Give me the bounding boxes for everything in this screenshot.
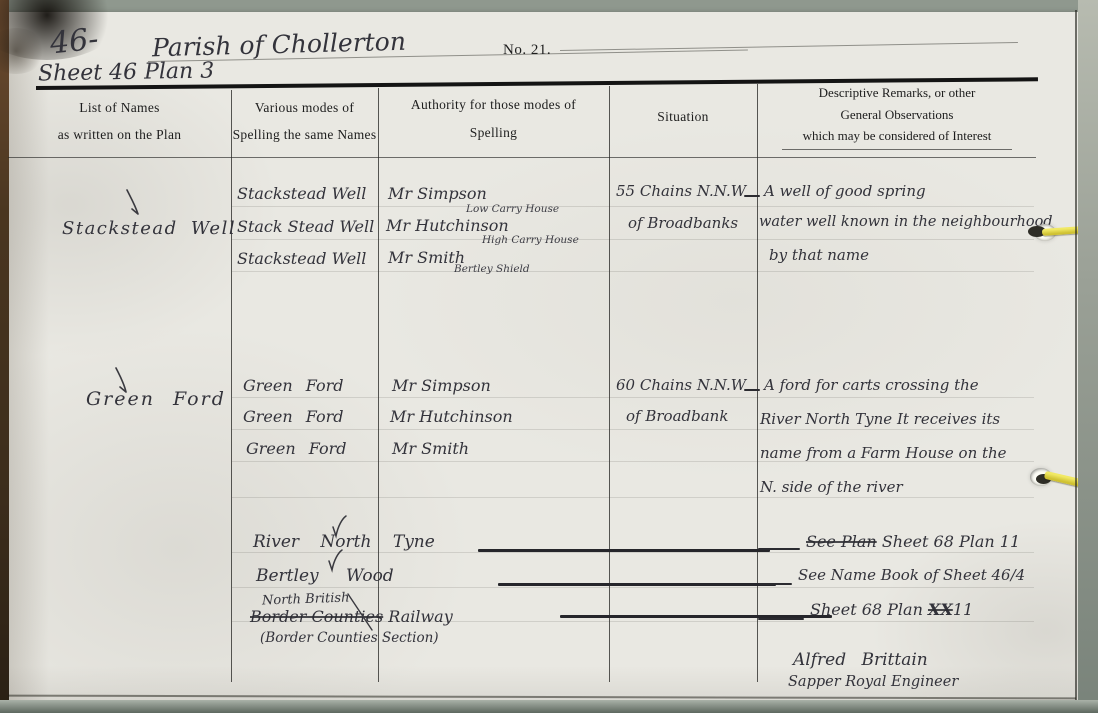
reference-remark: Sheet 68 Plan 11 [882,532,1020,551]
link-dash [744,195,760,197]
reference-remark-prefix: Sheet 68 Plan [810,600,928,619]
remarks-line: N. side of the river [760,478,903,496]
reference-remark: See Name Book of Sheet 46/4 [798,566,1025,584]
ink-dash-line [478,549,770,552]
situation-line: of Broadbank [626,407,728,425]
spelling-variant: Stack Stead Well [237,217,374,236]
situation-line: 60 Chains N.N.W [616,376,746,394]
remarks-line: A ford for carts crossing the [764,376,979,394]
remarks-header-underline [782,149,1012,150]
header-bottom-line [8,157,1036,158]
ruled-line [232,239,1034,240]
col-header-names-line1: List of Names [8,100,231,116]
reference-name: Bertley Wood [256,566,394,586]
page-fold-line [1075,10,1077,700]
column-divider-line [378,88,379,682]
ruled-line [232,397,1034,398]
authority-name: Mr Hutchinson [386,216,509,235]
reference-name: Railway [388,607,452,626]
place-name: Stackstead Well [62,218,236,239]
ruled-line [232,552,1034,553]
folio-number: 46- [48,22,100,62]
ruled-line [232,206,1034,207]
column-divider-line [609,86,610,682]
authority-name: Mr Smith [392,439,469,458]
authority-name: Mr Simpson [388,184,487,203]
tick-mark-icon [124,188,144,218]
link-dash [744,389,760,391]
reference-remark-struck: See Plan [806,532,877,551]
scan-background-bottom [0,700,1098,713]
col-header-remarks-line1: Descriptive Remarks, or other [757,85,1037,101]
spelling-variant: Green Ford [243,407,344,426]
place-name: Green Ford [86,388,226,410]
reference-name: River North Tyne [253,532,435,552]
surveyor-signature: Alfred Brittain [793,650,928,670]
spelling-variant: Stackstead Well [237,184,366,203]
remarks-line: River North Tyne It receives its [760,410,1000,428]
reference-remark-struck: XX [928,600,953,619]
situation-line: of Broadbanks [628,214,738,232]
column-divider-line [231,90,232,682]
col-header-situation: Situation [609,109,757,125]
page-number: No. 21. [503,42,551,59]
ruled-line [232,497,1034,498]
col-header-remarks-line2: General Observations [757,107,1037,123]
column-divider-line [757,84,758,682]
link-dash [758,548,800,550]
ink-dash-line [498,583,776,586]
col-header-spelling-line2: Spelling the same Names [231,127,378,143]
col-header-names-line2: as written on the Plan [8,127,231,143]
remarks-line: by that name [769,246,869,264]
remarks-line: A well of good spring [764,182,926,200]
surveyor-rank: Sapper Royal Engineer [788,674,958,690]
col-header-remarks-line3: which may be considered of Interest [757,128,1037,144]
reference-remark-suffix: 11 [953,600,973,619]
authority-residence: Bertley Shield [454,263,530,275]
spelling-variant: Green Ford [243,376,344,395]
authority-name: Mr Simpson [392,376,491,395]
col-header-authority-line2: Spelling [378,125,609,141]
remarks-line: water well known in the neighbourhood [759,214,1053,230]
col-header-spelling-line1: Various modes of [231,100,378,116]
scanned-name-book-page: 46- Parish of Chollerton No. 21. Sheet 4… [0,0,1098,713]
col-header-authority-line1: Authority for those modes of [378,97,609,113]
spelling-variant: Stackstead Well [237,249,366,268]
sheet-reference: Sheet 46 Plan 3 [38,58,215,86]
situation-line: 55 Chains N.N.W [616,182,746,200]
reference-name-inserted: North British [262,590,350,608]
authority-residence: High Carry House [482,234,579,246]
ruled-line [232,429,1034,430]
authority-name: Mr Hutchinson [390,407,513,426]
ruled-line [232,271,1034,272]
remarks-line: name from a Farm House on the [760,444,1007,462]
link-dash [758,583,792,585]
scan-background-right [1078,0,1098,713]
spelling-variant: Green Ford [246,439,347,458]
authority-residence: Low Carry House [466,203,559,215]
pen-slash-icon [344,592,376,634]
link-dash [758,618,804,620]
ruled-line [232,587,1034,588]
